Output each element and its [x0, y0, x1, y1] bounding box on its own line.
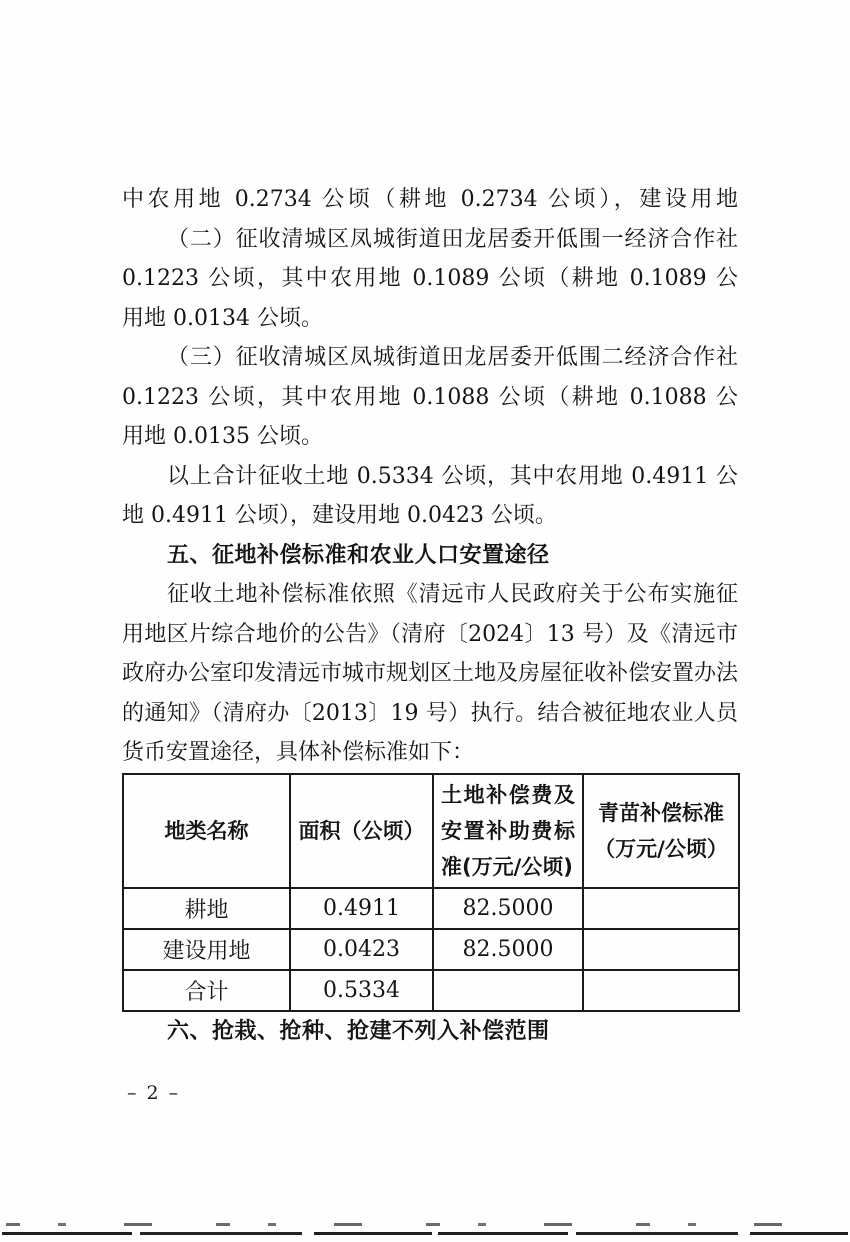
body-line: （二）征收清城区凤城街道田龙居委开低围一经济合作社 [122, 220, 738, 260]
table-header-area: 面积（公顷） [290, 774, 433, 888]
table-header-land-type: 地类名称 [123, 774, 290, 888]
table-row: 建设用地 0.0423 82.5000 [123, 929, 739, 970]
table-header-land-compensation: 土地补偿费及安置补助费标准(万元/公顷) [433, 774, 583, 888]
table-cell: 建设用地 [123, 929, 290, 970]
table-cell [583, 888, 739, 929]
table-row: 耕地 0.4911 82.5000 [123, 888, 739, 929]
table-cell: 耕地 [123, 888, 290, 929]
table-cell: 0.0423 [290, 929, 433, 970]
body-line: 用地 0.0134 公顷。 [122, 299, 738, 339]
body-line: 货币安置途径，具体补偿标准如下： [122, 733, 738, 773]
table-cell [583, 970, 739, 1011]
body-line: 0.1223 公顷，其中农用地 0.1089 公顷（耕地 0.1089 公顷），… [122, 259, 738, 299]
table-cell: 82.5000 [433, 929, 583, 970]
body-line: 用地 0.0135 公顷。 [122, 417, 738, 457]
document-page: 中农用地 0.2734 公顷（耕地 0.2734 公顷），建设用地 0.0154… [0, 0, 850, 1242]
body-line: 的通知》（清府办〔2013〕19 号）执行。结合被征地农业人员采取 [122, 694, 738, 734]
table-header-crop-compensation: 青苗补偿标准（万元/公顷） [583, 774, 739, 888]
compensation-table: 地类名称 面积（公顷） 土地补偿费及安置补助费标准(万元/公顷) 青苗补偿标准（… [122, 773, 740, 1012]
table-cell: 合计 [123, 970, 290, 1011]
body-line: 用地区片综合地价的公告》（清府〔2024〕13 号）及《清远市人民 [122, 615, 738, 655]
table-cell [433, 970, 583, 1011]
table-row: 合计 0.5334 [123, 970, 739, 1011]
document-body: 中农用地 0.2734 公顷（耕地 0.2734 公顷），建设用地 0.0154… [122, 180, 738, 1051]
body-line: 征收土地补偿标准依照《清远市人民政府关于公布实施征收农 [122, 575, 738, 615]
table-cell [583, 929, 739, 970]
section-heading-6: 六、抢栽、抢种、抢建不列入补偿范围 [122, 1012, 738, 1052]
body-line: 地 0.4911 公顷），建设用地 0.0423 公顷。 [122, 496, 738, 536]
scan-artifact-line [0, 1208, 850, 1242]
table-header-row: 地类名称 面积（公顷） 土地补偿费及安置补助费标准(万元/公顷) 青苗补偿标准（… [123, 774, 739, 888]
page-number: – 2 – [127, 1082, 180, 1104]
section-heading-5: 五、征地补偿标准和农业人口安置途径 [122, 536, 738, 576]
body-line: 0.1223 公顷，其中农用地 0.1088 公顷（耕地 0.1088 公顷），… [122, 378, 738, 418]
table-cell: 0.4911 [290, 888, 433, 929]
scan-artifact-baseline [2, 1232, 848, 1235]
table-cell: 0.5334 [290, 970, 433, 1011]
body-line: 中农用地 0.2734 公顷（耕地 0.2734 公顷），建设用地 0.0154… [122, 180, 738, 220]
table-cell: 82.5000 [433, 888, 583, 929]
body-line: 政府办公室印发清远市城市规划区土地及房屋征收补偿安置办法 [122, 654, 738, 694]
body-line: （三）征收清城区凤城街道田龙居委开低围二经济合作社 [122, 338, 738, 378]
scan-artifact-dashes [6, 1223, 844, 1226]
body-line: 以上合计征收土地 0.5334 公顷，其中农用地 0.4911 公顷（耕 [122, 457, 738, 497]
